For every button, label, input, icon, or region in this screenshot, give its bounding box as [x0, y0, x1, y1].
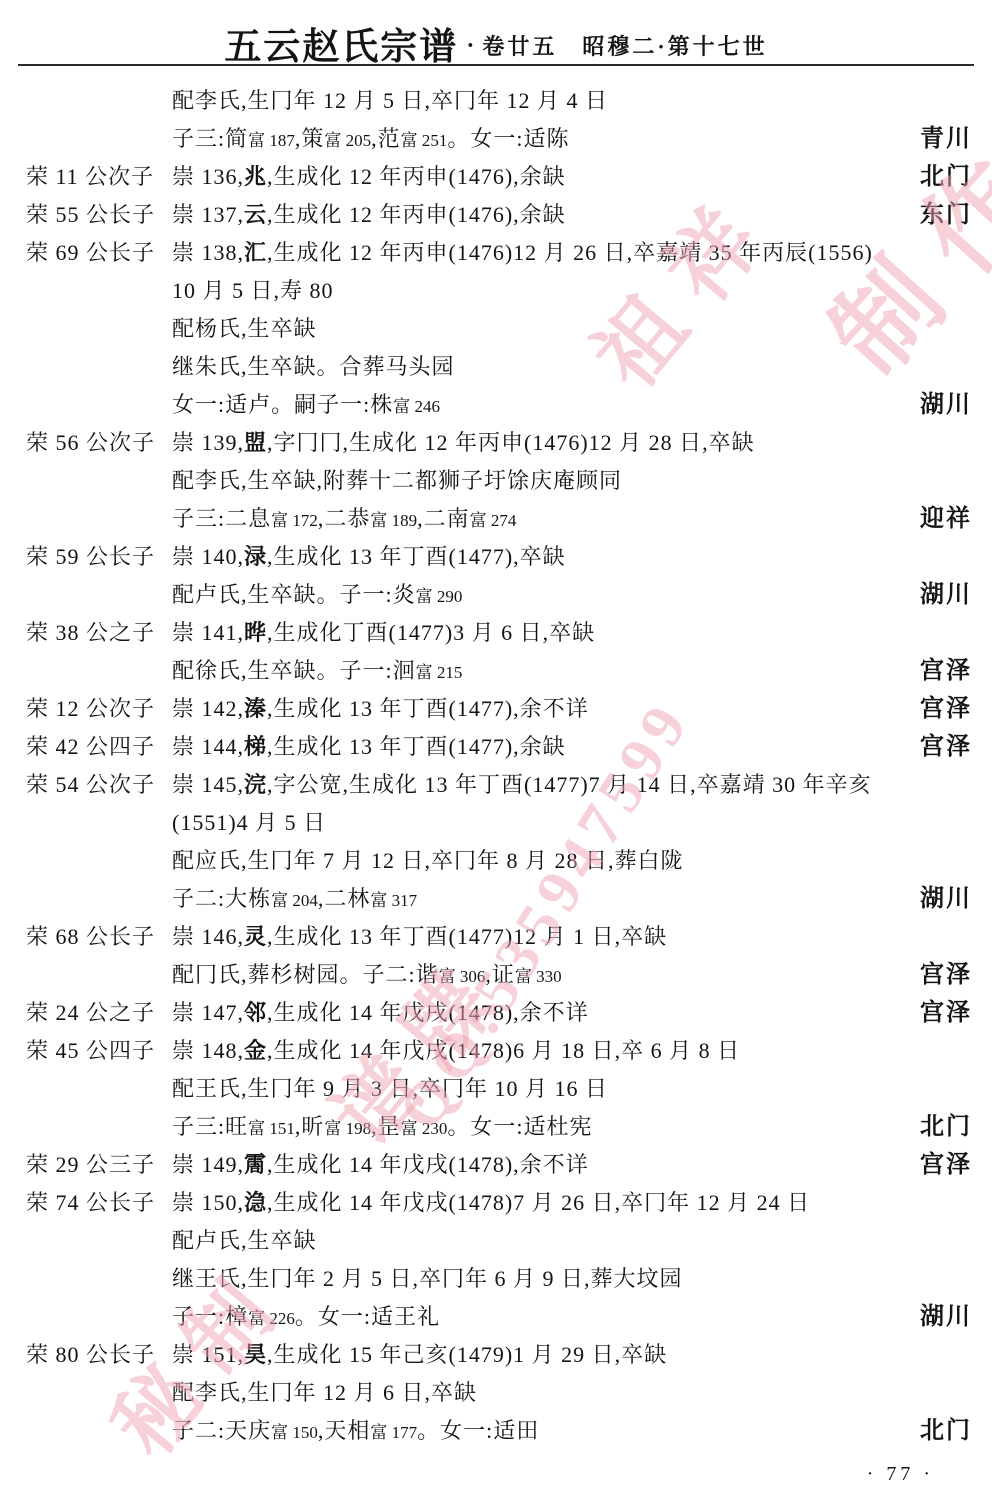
entry-segment: ,字公宽,生成化 13 年丁酉(1477)7 月 14 日,卒嘉靖 30 年辛亥	[267, 772, 872, 797]
father-rank-label: 荣 74 公长子	[0, 1184, 172, 1222]
entry-segment: ,范	[371, 126, 401, 151]
entry-segment: 配李氏,生冂年 12 月 5 日,卒冂年 12 月 4 日	[172, 88, 608, 113]
child-ref: 富 246	[393, 397, 440, 416]
entry-segment: 崇 146,	[172, 924, 244, 949]
entry-text: 崇 138,汇,生成化 12 年丙申(1476)12 月 26 日,卒嘉靖 35…	[172, 234, 972, 272]
entry-segment: 配杨氏,生卒缺	[172, 316, 317, 341]
father-rank-label: 荣 54 公次子	[0, 766, 172, 804]
entry-segment: ,生成化 15 年己亥(1479)1 月 29 日,卒缺	[267, 1342, 667, 1367]
branch-place-label: 宫泽	[920, 956, 992, 994]
child-ref: 富 230	[401, 1119, 448, 1138]
genealogy-row: 荣 54 公次子 崇 145,浣,字公宽,生成化 13 年丁酉(1477)7 月…	[0, 766, 992, 804]
entry-segment: ,生成化 13 年丁酉(1477)12 月 1 日,卒缺	[267, 924, 667, 949]
entry-text: 崇 146,灵,生成化 13 年丁酉(1477)12 月 1 日,卒缺	[172, 918, 972, 956]
genealogy-row: 荣 68 公长子 崇 146,灵,生成化 13 年丁酉(1477)12 月 1 …	[0, 918, 992, 956]
genealogy-row: 继朱氏,生卒缺。合葬马头园	[0, 348, 992, 386]
entry-text: 配李氏,生冂年 12 月 5 日,卒冂年 12 月 4 日	[172, 82, 972, 120]
entry-segment: 子一:樟	[172, 1304, 248, 1329]
entry-text: 崇 151,昊,生成化 15 年己亥(1479)1 月 29 日,卒缺	[172, 1336, 972, 1374]
entry-segment: ,天相	[318, 1418, 371, 1443]
branch-place-label: 宫泽	[920, 1146, 992, 1184]
entry-segment: ,昰	[371, 1114, 401, 1139]
entry-text: 配徐氏,生卒缺。子一:洄富 215	[172, 652, 920, 692]
child-ref: 富 204	[271, 891, 318, 910]
entry-segment: ,二南	[417, 506, 470, 531]
genealogy-row: 子三:二息富 172,二恭富 189,二南富 274 迎祥	[0, 500, 992, 538]
person-name: 溱	[244, 696, 267, 721]
entry-segment: 子二:大栋	[172, 886, 271, 911]
volume-subtitle: 卷廿五 昭穆二·第十七世	[482, 34, 767, 59]
genealogy-row: 配杨氏,生卒缺	[0, 310, 992, 348]
entry-segment: 子二:天庆	[172, 1418, 271, 1443]
branch-place-label: 北门	[920, 1412, 992, 1450]
entry-text: 崇 139,盟,字冂冂,生成化 12 年丙申(1476)12 月 28 日,卒缺	[172, 424, 972, 462]
entry-text: 配李氏,生冂年 12 月 6 日,卒缺	[172, 1374, 972, 1412]
genealogy-row: 配李氏,生冂年 12 月 6 日,卒缺	[0, 1374, 992, 1412]
entry-segment: ,生成化 14 年戊戌(1478),余不详	[267, 1152, 589, 1177]
person-name: 邻	[244, 1000, 267, 1025]
father-rank-label: 荣 68 公长子	[0, 918, 172, 956]
entry-segment: 。女一:适王礼	[295, 1304, 440, 1329]
entry-segment: ,二林	[318, 886, 371, 911]
entry-text: 配卢氏,生卒缺	[172, 1222, 972, 1260]
child-ref: 富 317	[370, 891, 417, 910]
genealogy-row: 子一:樟富 226。女一:适王礼 湖川	[0, 1298, 992, 1336]
entry-text: 子一:樟富 226。女一:适王礼	[172, 1298, 920, 1338]
entry-segment: 崇 145,	[172, 772, 244, 797]
entry-segment: 崇 137,	[172, 202, 244, 227]
entry-segment: ,生成化 12 年丙申(1476)12 月 26 日,卒嘉靖 35 年丙辰(15…	[267, 240, 873, 265]
child-ref: 富 330	[515, 967, 562, 986]
entry-segment: ,生成化 13 年丁酉(1477),卒缺	[267, 544, 566, 569]
entry-segment: ,生成化 14 年戊戌(1478),余不详	[267, 1000, 589, 1025]
entry-text: 崇 140,渌,生成化 13 年丁酉(1477),卒缺	[172, 538, 972, 576]
entry-text: 崇 137,云,生成化 12 年丙申(1476),余缺	[172, 196, 920, 234]
entry-text: 崇 142,溱,生成化 13 年丁酉(1477),余不详	[172, 690, 920, 728]
father-rank-label: 荣 45 公四子	[0, 1032, 172, 1070]
father-rank-label: 荣 11 公次子	[0, 158, 172, 196]
branch-place-label: 宫泽	[920, 652, 992, 690]
genealogy-row: 荣 45 公四子 崇 148,金,生成化 14 年戊戌(1478)6 月 18 …	[0, 1032, 992, 1070]
entry-segment: 崇 148,	[172, 1038, 244, 1063]
entry-segment: 配应氏,生冂年 7 月 12 日,卒冂年 8 月 28 日,葬白陇	[172, 848, 684, 873]
person-name: 昊	[244, 1342, 267, 1367]
entry-text: 崇 145,浣,字公宽,生成化 13 年丁酉(1477)7 月 14 日,卒嘉靖…	[172, 766, 972, 804]
branch-place-label: 湖川	[920, 386, 992, 424]
father-rank-label: 荣 55 公长子	[0, 196, 172, 234]
child-ref: 富 274	[470, 511, 517, 530]
father-rank-label: 荣 59 公长子	[0, 538, 172, 576]
father-rank-label: 荣 29 公三子	[0, 1146, 172, 1184]
person-name: 灵	[244, 924, 267, 949]
child-ref: 富 306	[439, 967, 486, 986]
branch-place-label: 青川	[920, 120, 992, 158]
entry-segment: ,二恭	[318, 506, 371, 531]
page-number: · 77 ·	[867, 1463, 934, 1486]
genealogy-row: 配李氏,生卒缺,附葬十二都狮子圩馀庆庵顾同	[0, 462, 992, 500]
entry-segment: ,策	[295, 126, 325, 151]
entry-text: 配应氏,生冂年 7 月 12 日,卒冂年 8 月 28 日,葬白陇	[172, 842, 972, 880]
genealogy-row: 荣 69 公长子 崇 138,汇,生成化 12 年丙申(1476)12 月 26…	[0, 234, 992, 272]
genealogy-row: 荣 80 公长子 崇 151,昊,生成化 15 年己亥(1479)1 月 29 …	[0, 1336, 992, 1374]
entry-text: 崇 150,㴔,生成化 14 年戊戌(1478)7 月 26 日,卒冂年 12 …	[172, 1184, 972, 1222]
genealogy-row: 10 月 5 日,寿 80	[0, 272, 992, 310]
entry-segment: 子三:简	[172, 126, 248, 151]
entry-segment: 。女一:适陈	[447, 126, 569, 151]
entry-segment: 崇 151,	[172, 1342, 244, 1367]
entry-text: 子二:大栋富 204,二林富 317	[172, 880, 920, 920]
entry-segment: 崇 150,	[172, 1190, 244, 1215]
genealogy-row: 配卢氏,生卒缺	[0, 1222, 992, 1260]
child-ref: 富 290	[416, 587, 463, 606]
person-name: 汇	[244, 240, 267, 265]
person-name: 霌	[244, 1152, 267, 1177]
entry-segment: ,生成化 13 年丁酉(1477),余缺	[267, 734, 566, 759]
title-separator-dot: ·	[466, 33, 474, 59]
genealogy-row: 荣 38 公之子 崇 141,晔,生成化丁酉(1477)3 月 6 日,卒缺	[0, 614, 992, 652]
branch-place-label: 宫泽	[920, 994, 992, 1032]
genealogy-row: 荣 29 公三子 崇 149,霌,生成化 14 年戊戌(1478),余不详 宫泽	[0, 1146, 992, 1184]
entry-segment: 崇 149,	[172, 1152, 244, 1177]
entry-segment: 女一:适卢。嗣子一:株	[172, 392, 393, 417]
father-rank-label: 荣 42 公四子	[0, 728, 172, 766]
branch-place-label: 宫泽	[920, 690, 992, 728]
father-rank-label: 荣 69 公长子	[0, 234, 172, 272]
genealogy-row: 配冂氏,葬杉树园。子二:谐富 306,证富 330 宫泽	[0, 956, 992, 994]
person-name: 浣	[244, 772, 267, 797]
entry-segment: ,生成化 12 年丙申(1476),余缺	[267, 202, 566, 227]
person-name: 晔	[244, 620, 267, 645]
branch-place-label: 东门	[920, 196, 992, 234]
genealogy-row: 荣 74 公长子 崇 150,㴔,生成化 14 年戊戌(1478)7 月 26 …	[0, 1184, 992, 1222]
entry-text: 子三:旺富 151,昕富 198,昰富 230。女一:适杜宪	[172, 1108, 920, 1148]
genealogy-row: 荣 24 公之子 崇 147,邻,生成化 14 年戊戌(1478),余不详 宫泽	[0, 994, 992, 1032]
entry-segment: ,生成化丁酉(1477)3 月 6 日,卒缺	[267, 620, 595, 645]
genealogy-row: 配李氏,生冂年 12 月 5 日,卒冂年 12 月 4 日	[0, 82, 992, 120]
genealogy-row: 子三:旺富 151,昕富 198,昰富 230。女一:适杜宪 北门	[0, 1108, 992, 1146]
entry-segment: 继王氏,生冂年 2 月 5 日,卒冂年 6 月 9 日,葬大坟园	[172, 1266, 683, 1291]
branch-place-label: 北门	[920, 1108, 992, 1146]
entry-text: 配冂氏,葬杉树园。子二:谐富 306,证富 330	[172, 956, 920, 996]
entry-segment: 。女一:适田	[417, 1418, 539, 1443]
father-rank-label: 荣 80 公长子	[0, 1336, 172, 1374]
entry-segment: ,字冂冂,生成化 12 年丙申(1476)12 月 28 日,卒缺	[267, 430, 755, 455]
person-name: 梯	[244, 734, 267, 759]
entry-segment: (1551)4 月 5 日	[172, 810, 326, 835]
entry-segment: 崇 144,	[172, 734, 244, 759]
entry-text: 子二:天庆富 150,天相富 177。女一:适田	[172, 1412, 920, 1452]
child-ref: 富 189	[370, 511, 417, 530]
entry-segment: 崇 139,	[172, 430, 244, 455]
entry-segment: 崇 138,	[172, 240, 244, 265]
entry-text: 崇 147,邻,生成化 14 年戊戌(1478),余不详	[172, 994, 920, 1032]
person-name: 兆	[244, 164, 267, 189]
book-title: 五云赵氏宗谱	[224, 27, 458, 68]
entry-text: 10 月 5 日,寿 80	[172, 272, 972, 310]
entry-segment: ,生成化 14 年戊戌(1478)7 月 26 日,卒冂年 12 月 24 日	[267, 1190, 810, 1215]
branch-place-label: 宫泽	[920, 728, 992, 766]
genealogy-row: 子二:大栋富 204,二林富 317 湖川	[0, 880, 992, 918]
entry-text: 崇 136,兆,生成化 12 年丙申(1476),余缺	[172, 158, 920, 196]
genealogy-row: 荣 12 公次子 崇 142,溱,生成化 13 年丁酉(1477),余不详 宫泽	[0, 690, 992, 728]
child-ref: 富 226	[248, 1309, 295, 1328]
entry-segment: 崇 147,	[172, 1000, 244, 1025]
entry-segment: 配卢氏,生卒缺	[172, 1228, 317, 1253]
entry-segment: 配李氏,生卒缺,附葬十二都狮子圩馀庆庵顾同	[172, 468, 622, 493]
person-name: 盟	[244, 430, 267, 455]
entry-text: 女一:适卢。嗣子一:株富 246	[172, 386, 920, 426]
entry-segment: 崇 136,	[172, 164, 244, 189]
genealogy-row: 荣 42 公四子 崇 144,梯,生成化 13 年丁酉(1477),余缺 宫泽	[0, 728, 992, 766]
genealogy-row: 配卢氏,生卒缺。子一:炎富 290 湖川	[0, 576, 992, 614]
genealogy-row: 子二:天庆富 150,天相富 177。女一:适田 北门	[0, 1412, 992, 1450]
entry-text: 子三:简富 187,策富 205,范富 251。女一:适陈	[172, 120, 920, 160]
entry-text: 崇 141,晔,生成化丁酉(1477)3 月 6 日,卒缺	[172, 614, 972, 652]
entry-segment: 10 月 5 日,寿 80	[172, 278, 334, 303]
genealogy-row: 子三:简富 187,策富 205,范富 251。女一:适陈 青川	[0, 120, 992, 158]
header-rule	[18, 64, 974, 66]
entry-text: 继王氏,生冂年 2 月 5 日,卒冂年 6 月 9 日,葬大坟园	[172, 1260, 972, 1298]
entry-text: (1551)4 月 5 日	[172, 804, 972, 842]
branch-place-label: 湖川	[920, 1298, 992, 1336]
page-header: 五云赵氏宗谱·卷廿五 昭穆二·第十七世	[0, 16, 992, 70]
entry-segment: ,生成化 14 年戊戌(1478)6 月 18 日,卒 6 月 8 日	[267, 1038, 740, 1063]
child-ref: 富 198	[324, 1119, 371, 1138]
genealogy-row: 荣 59 公长子 崇 140,渌,生成化 13 年丁酉(1477),卒缺	[0, 538, 992, 576]
genealogy-page: 五云赵氏宗谱·卷廿五 昭穆二·第十七世 配李氏,生冂年 12 月 5 日,卒冂年…	[0, 0, 992, 1512]
branch-place-label: 迎祥	[920, 500, 992, 538]
entry-segment: 崇 141,	[172, 620, 244, 645]
entry-segment: 配卢氏,生卒缺。子一:炎	[172, 582, 416, 607]
genealogy-row: 继王氏,生冂年 2 月 5 日,卒冂年 6 月 9 日,葬大坟园	[0, 1260, 992, 1298]
genealogy-row: 配王氏,生冂年 9 月 3 日,卒冂年 10 月 16 日	[0, 1070, 992, 1108]
father-rank-label: 荣 56 公次子	[0, 424, 172, 462]
entry-text: 配卢氏,生卒缺。子一:炎富 290	[172, 576, 920, 616]
genealogy-row: 配徐氏,生卒缺。子一:洄富 215 宫泽	[0, 652, 992, 690]
entry-segment: 崇 142,	[172, 696, 244, 721]
child-ref: 富 205	[324, 131, 371, 150]
genealogy-row: (1551)4 月 5 日	[0, 804, 992, 842]
entry-segment: ,证	[485, 962, 515, 987]
entry-text: 崇 149,霌,生成化 14 年戊戌(1478),余不详	[172, 1146, 920, 1184]
entry-text: 崇 148,金,生成化 14 年戊戌(1478)6 月 18 日,卒 6 月 8…	[172, 1032, 972, 1070]
genealogy-row: 荣 56 公次子 崇 139,盟,字冂冂,生成化 12 年丙申(1476)12 …	[0, 424, 992, 462]
person-name: 金	[244, 1038, 267, 1063]
father-rank-label: 荣 12 公次子	[0, 690, 172, 728]
entry-text: 继朱氏,生卒缺。合葬马头园	[172, 348, 972, 386]
person-name: 渌	[244, 544, 267, 569]
father-rank-label: 荣 24 公之子	[0, 994, 172, 1032]
entry-text: 崇 144,梯,生成化 13 年丁酉(1477),余缺	[172, 728, 920, 766]
genealogy-row: 荣 11 公次子 崇 136,兆,生成化 12 年丙申(1476),余缺 北门	[0, 158, 992, 196]
entry-segment: ,昕	[295, 1114, 325, 1139]
child-ref: 富 251	[401, 131, 448, 150]
entries-list: 配李氏,生冂年 12 月 5 日,卒冂年 12 月 4 日 子三:简富 187,…	[0, 82, 992, 1450]
branch-place-label: 湖川	[920, 880, 992, 918]
child-ref: 富 151	[248, 1119, 295, 1138]
entry-segment: 。女一:适杜宪	[447, 1114, 592, 1139]
genealogy-row: 配应氏,生冂年 7 月 12 日,卒冂年 8 月 28 日,葬白陇	[0, 842, 992, 880]
entry-text: 子三:二息富 172,二恭富 189,二南富 274	[172, 500, 920, 540]
child-ref: 富 187	[248, 131, 295, 150]
father-rank-label: 荣 38 公之子	[0, 614, 172, 652]
entry-segment: 配李氏,生冂年 12 月 6 日,卒缺	[172, 1380, 477, 1405]
branch-place-label: 北门	[920, 158, 992, 196]
branch-place-label: 湖川	[920, 576, 992, 614]
entry-text: 配杨氏,生卒缺	[172, 310, 972, 348]
child-ref: 富 215	[416, 663, 463, 682]
entry-segment: 子三:二息	[172, 506, 271, 531]
genealogy-row: 女一:适卢。嗣子一:株富 246 湖川	[0, 386, 992, 424]
entry-segment: 崇 140,	[172, 544, 244, 569]
child-ref: 富 177	[370, 1423, 417, 1442]
entry-segment: 子三:旺	[172, 1114, 248, 1139]
person-name: 云	[244, 202, 267, 227]
entry-segment: 配冂氏,葬杉树园。子二:谐	[172, 962, 439, 987]
entry-text: 配李氏,生卒缺,附葬十二都狮子圩馀庆庵顾同	[172, 462, 972, 500]
entry-text: 配王氏,生冂年 9 月 3 日,卒冂年 10 月 16 日	[172, 1070, 972, 1108]
person-name: 㴔	[244, 1190, 267, 1215]
child-ref: 富 172	[271, 511, 318, 530]
entry-segment: 继朱氏,生卒缺。合葬马头园	[172, 354, 455, 379]
entry-segment: 配王氏,生冂年 9 月 3 日,卒冂年 10 月 16 日	[172, 1076, 608, 1101]
entry-segment: ,生成化 12 年丙申(1476),余缺	[267, 164, 566, 189]
child-ref: 富 150	[271, 1423, 318, 1442]
entry-segment: ,生成化 13 年丁酉(1477),余不详	[267, 696, 589, 721]
genealogy-row: 荣 55 公长子 崇 137,云,生成化 12 年丙申(1476),余缺 东门	[0, 196, 992, 234]
entry-segment: 配徐氏,生卒缺。子一:洄	[172, 658, 416, 683]
